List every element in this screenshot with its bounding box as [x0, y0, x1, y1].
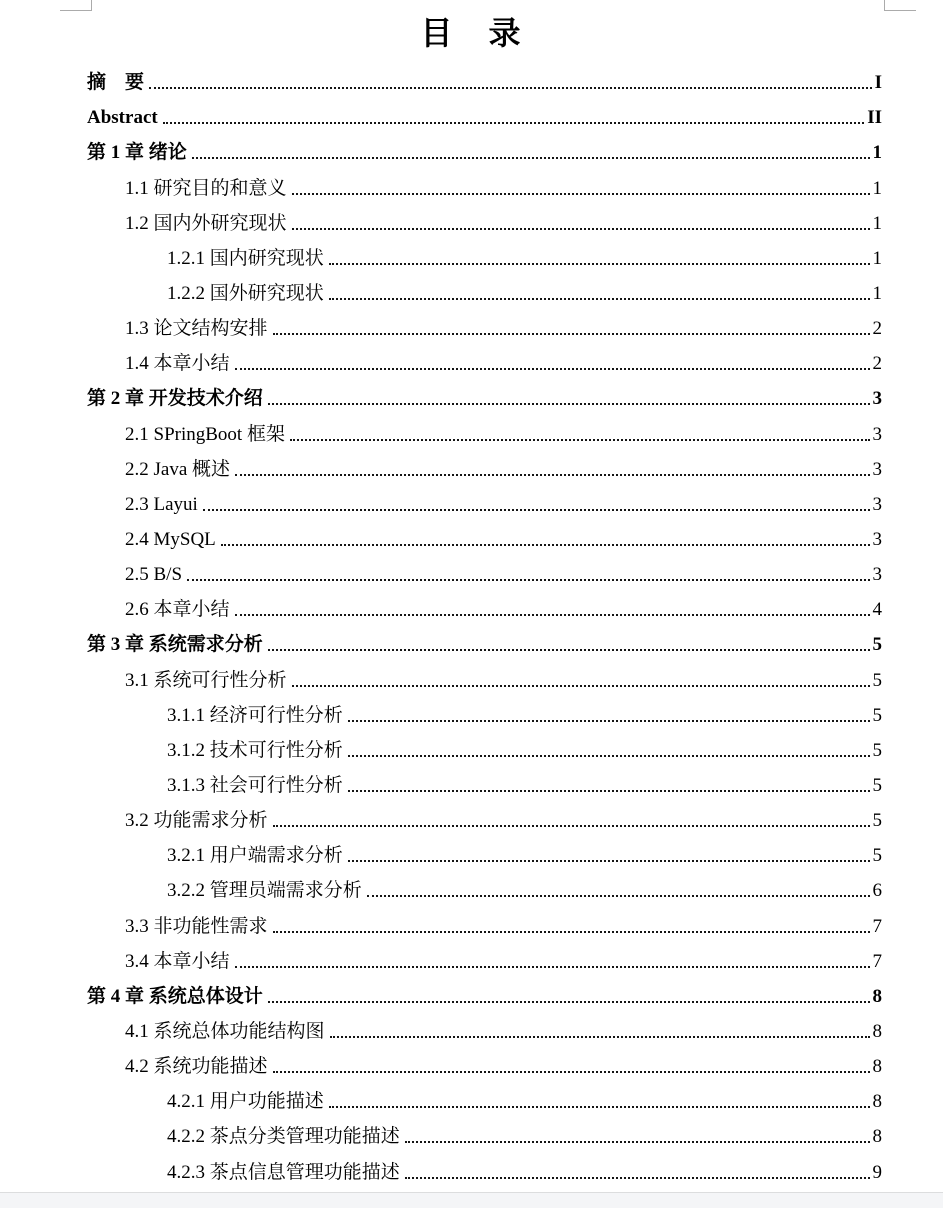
toc-entry[interactable]: 3.1.2 技术可行性分析5 — [87, 728, 882, 763]
toc-entry-page: 9 — [873, 1161, 883, 1185]
dot-leader — [405, 1177, 870, 1179]
toc-entry[interactable]: 第 1 章 绪论1 — [87, 130, 882, 165]
toc-entry-label: 2.4 MySQL — [125, 528, 216, 552]
toc-entry-page: 1 — [873, 247, 883, 271]
toc-list: 摘 要IAbstractII第 1 章 绪论11.1 研究目的和意义11.2 国… — [0, 60, 943, 1185]
toc-entry-label: 2.6 本章小结 — [125, 598, 230, 622]
toc-entry-page: 8 — [873, 1055, 883, 1079]
toc-entry-page: 8 — [873, 1020, 883, 1044]
toc-entry-label: 3.2.2 管理员端需求分析 — [167, 879, 362, 903]
dot-leader — [329, 1106, 870, 1108]
toc-entry[interactable]: 4.2.2 茶点分类管理功能描述8 — [87, 1114, 882, 1149]
toc-entry[interactable]: 摘 要I — [87, 60, 882, 95]
dot-leader — [268, 403, 870, 405]
toc-entry-label: 2.2 Java 概述 — [125, 458, 230, 482]
toc-entry-page: 4 — [873, 598, 883, 622]
toc-entry-page: I — [875, 71, 882, 95]
toc-entry-label: Abstract — [87, 106, 158, 130]
toc-entry-page: 3 — [873, 387, 883, 411]
toc-entry-label: 1.4 本章小结 — [125, 352, 230, 376]
toc-entry[interactable]: AbstractII — [87, 95, 882, 130]
toc-entry-page: 2 — [873, 352, 883, 376]
toc-entry-label: 第 2 章 开发技术介绍 — [87, 387, 263, 411]
dot-leader — [405, 1141, 870, 1143]
toc-entry[interactable]: 1.4 本章小结2 — [87, 341, 882, 376]
toc-entry-label: 3.1 系统可行性分析 — [125, 669, 287, 693]
toc-entry-page: 3 — [873, 563, 883, 587]
toc-entry-label: 1.2.2 国外研究现状 — [167, 282, 324, 306]
dot-leader — [329, 263, 870, 265]
dot-leader — [348, 755, 870, 757]
toc-entry[interactable]: 4.1 系统总体功能结构图8 — [87, 1009, 882, 1044]
dot-leader — [330, 1036, 870, 1038]
dot-leader — [273, 333, 870, 335]
toc-entry-label: 4.2.2 茶点分类管理功能描述 — [167, 1125, 400, 1149]
toc-entry[interactable]: 2.6 本章小结4 — [87, 587, 882, 622]
toc-entry-page: 1 — [873, 141, 883, 165]
toc-entry-page: 5 — [873, 844, 883, 868]
toc-entry-label: 4.2 系统功能描述 — [125, 1055, 268, 1079]
toc-entry-label: 摘 要 — [87, 71, 144, 95]
toc-entry-label: 2.5 B/S — [125, 563, 182, 587]
dot-leader — [273, 931, 870, 933]
toc-entry-label: 2.3 Layui — [125, 493, 198, 517]
toc-entry[interactable]: 1.2.2 国外研究现状1 — [87, 271, 882, 306]
toc-entry-page: 7 — [873, 950, 883, 974]
toc-entry-label: 1.3 论文结构安排 — [125, 317, 268, 341]
toc-entry-page: 3 — [873, 528, 883, 552]
toc-entry[interactable]: 3.2 功能需求分析5 — [87, 798, 882, 833]
dot-leader — [273, 1071, 870, 1073]
toc-entry[interactable]: 第 3 章 系统需求分析5 — [87, 622, 882, 657]
page-gutter-band — [0, 1192, 943, 1208]
toc-entry-page: 5 — [873, 669, 883, 693]
dot-leader — [290, 439, 870, 441]
dot-leader — [273, 825, 870, 827]
toc-entry[interactable]: 1.1 研究目的和意义1 — [87, 165, 882, 200]
toc-entry-page: 8 — [873, 1090, 883, 1114]
toc-entry[interactable]: 2.5 B/S3 — [87, 552, 882, 587]
dot-leader — [149, 87, 872, 89]
dot-leader — [329, 298, 870, 300]
dot-leader — [192, 157, 870, 159]
toc-entry[interactable]: 1.2.1 国内研究现状1 — [87, 236, 882, 271]
dot-leader — [367, 895, 870, 897]
toc-entry-label: 第 1 章 绪论 — [87, 141, 187, 165]
toc-entry[interactable]: 3.1.1 经济可行性分析5 — [87, 693, 882, 728]
toc-entry[interactable]: 4.2.1 用户功能描述8 — [87, 1079, 882, 1114]
toc-entry[interactable]: 3.3 非功能性需求7 — [87, 903, 882, 938]
toc-entry[interactable]: 4.2.3 茶点信息管理功能描述9 — [87, 1149, 882, 1184]
toc-entry-label: 3.1.3 社会可行性分析 — [167, 774, 343, 798]
toc-entry-page: 6 — [873, 879, 883, 903]
dot-leader — [235, 614, 870, 616]
toc-entry-label: 3.2.1 用户端需求分析 — [167, 844, 343, 868]
toc-entry-page: 5 — [873, 633, 883, 657]
toc-entry-label: 1.1 研究目的和意义 — [125, 177, 287, 201]
toc-entry[interactable]: 第 4 章 系统总体设计8 — [87, 974, 882, 1009]
toc-entry[interactable]: 4.2 系统功能描述8 — [87, 1044, 882, 1079]
toc-entry-page: II — [867, 106, 882, 130]
toc-entry-label: 3.1.1 经济可行性分析 — [167, 704, 343, 728]
dot-leader — [203, 509, 870, 511]
dot-leader — [235, 474, 869, 476]
toc-entry-page: 1 — [873, 212, 883, 236]
toc-entry-page: 3 — [873, 493, 883, 517]
dot-leader — [292, 685, 870, 687]
toc-entry-page: 7 — [873, 915, 883, 939]
toc-entry-label: 4.2.3 茶点信息管理功能描述 — [167, 1161, 400, 1185]
toc-entry-label: 4.1 系统总体功能结构图 — [125, 1020, 325, 1044]
toc-entry[interactable]: 3.1.3 社会可行性分析5 — [87, 763, 882, 798]
toc-entry-label: 3.3 非功能性需求 — [125, 915, 268, 939]
dot-leader — [163, 122, 865, 124]
toc-entry[interactable]: 2.1 SPringBoot 框架3 — [87, 411, 882, 446]
toc-entry[interactable]: 3.1 系统可行性分析5 — [87, 657, 882, 692]
toc-entry-page: 3 — [873, 423, 883, 447]
text-boundary-mark-left-icon — [60, 0, 92, 11]
dot-leader — [221, 544, 870, 546]
toc-entry-page: 5 — [873, 774, 883, 798]
toc-entry-label: 3.2 功能需求分析 — [125, 809, 268, 833]
toc-entry[interactable]: 1.2 国内外研究现状1 — [87, 201, 882, 236]
toc-entry[interactable]: 3.2.2 管理员端需求分析6 — [87, 868, 882, 903]
toc-entry-page: 5 — [873, 739, 883, 763]
toc-entry-label: 第 4 章 系统总体设计 — [87, 985, 263, 1009]
toc-entry-page: 8 — [873, 1125, 883, 1149]
dot-leader — [235, 368, 870, 370]
dot-leader — [348, 720, 870, 722]
toc-entry-label: 3.1.2 技术可行性分析 — [167, 739, 343, 763]
dot-leader — [348, 860, 870, 862]
toc-entry-page: 8 — [873, 985, 883, 1009]
toc-entry-label: 1.2 国内外研究现状 — [125, 212, 287, 236]
toc-entry-page: 5 — [873, 704, 883, 728]
toc-title: 目 录 — [0, 14, 943, 52]
toc-entry[interactable]: 1.3 论文结构安排2 — [87, 306, 882, 341]
dot-leader — [348, 790, 870, 792]
document-page: 目 录 摘 要IAbstractII第 1 章 绪论11.1 研究目的和意义11… — [0, 0, 943, 1208]
toc-entry-label: 第 3 章 系统需求分析 — [87, 633, 263, 657]
toc-entry-page: 3 — [873, 458, 883, 482]
dot-leader — [292, 228, 870, 230]
toc-entry-label: 1.2.1 国内研究现状 — [167, 247, 324, 271]
toc-entry-page: 1 — [873, 177, 883, 201]
toc-entry[interactable]: 2.3 Layui3 — [87, 482, 882, 517]
toc-entry[interactable]: 2.4 MySQL3 — [87, 517, 882, 552]
dot-leader — [235, 966, 870, 968]
toc-entry[interactable]: 3.4 本章小结7 — [87, 939, 882, 974]
dot-leader — [292, 193, 870, 195]
toc-entry-page: 2 — [873, 317, 883, 341]
toc-entry-page: 1 — [873, 282, 883, 306]
toc-entry[interactable]: 第 2 章 开发技术介绍3 — [87, 376, 882, 411]
dot-leader — [187, 579, 869, 581]
toc-entry-label: 2.1 SPringBoot 框架 — [125, 423, 285, 447]
text-boundary-mark-right-icon — [884, 0, 916, 11]
toc-entry-page: 5 — [873, 809, 883, 833]
toc-entry-label: 3.4 本章小结 — [125, 950, 230, 974]
toc-entry-label: 4.2.1 用户功能描述 — [167, 1090, 324, 1114]
dot-leader — [268, 1001, 870, 1003]
toc-entry[interactable]: 3.2.1 用户端需求分析5 — [87, 833, 882, 868]
toc-entry[interactable]: 2.2 Java 概述3 — [87, 447, 882, 482]
dot-leader — [268, 649, 870, 651]
